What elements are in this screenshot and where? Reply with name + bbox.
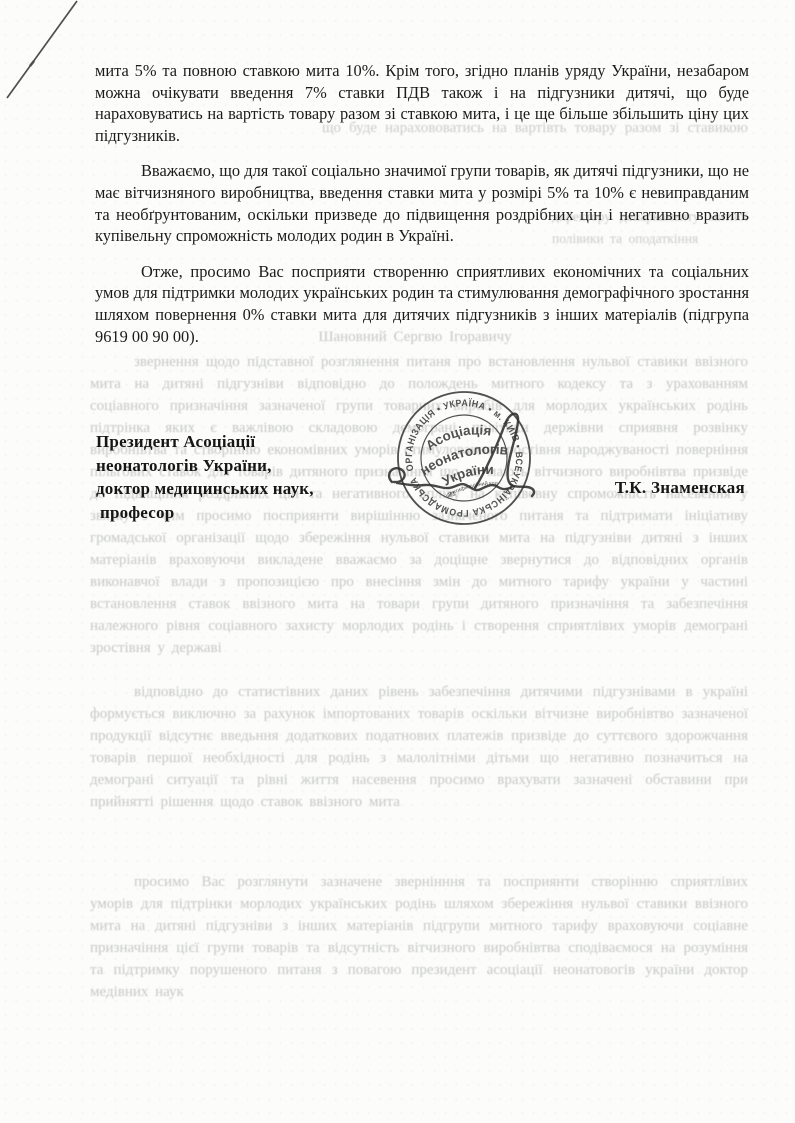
signer-name: Т.К. Знаменская [615,478,745,498]
signer-title-line: Президент Асоціації [96,430,314,454]
letter-paragraph: Вважаємо, що для такої соціально значимо… [95,160,749,246]
signature-block: Президент Асоціації неонатологів України… [96,430,314,524]
scan-artifact-line [0,0,95,105]
bleed-through-paragraph: відповідно до статистівних даних рівень … [90,681,748,857]
signer-title-line: доктор медицинських наук, [96,477,314,501]
letter-paragraph: Отже, просимо Вас посприяти створенню сп… [95,261,749,347]
bleed-through-text: відповідно до статистівних даних рівень … [90,681,748,813]
signer-title-line: неонатологів України, [96,454,314,478]
signer-title-line: професор [96,501,314,525]
letter-paragraph: мита 5% та повною ставкою мита 10%. Крім… [95,60,749,146]
bleed-through-paragraph: просимо Вас розглянути зазначене звернін… [90,871,748,1049]
bleed-through-text: просимо Вас розглянути зазначене звернін… [90,871,748,1003]
association-stamp: ОРГАНІЗАЦІЯ • УКРАЇНА • м. КИЇВ • ВСЕУКР… [342,366,586,550]
letter-body: мита 5% та повною ставкою мита 10%. Крім… [95,60,749,361]
scanned-letter-page: що буде нарахововатись на вартівть товар… [0,0,795,1123]
